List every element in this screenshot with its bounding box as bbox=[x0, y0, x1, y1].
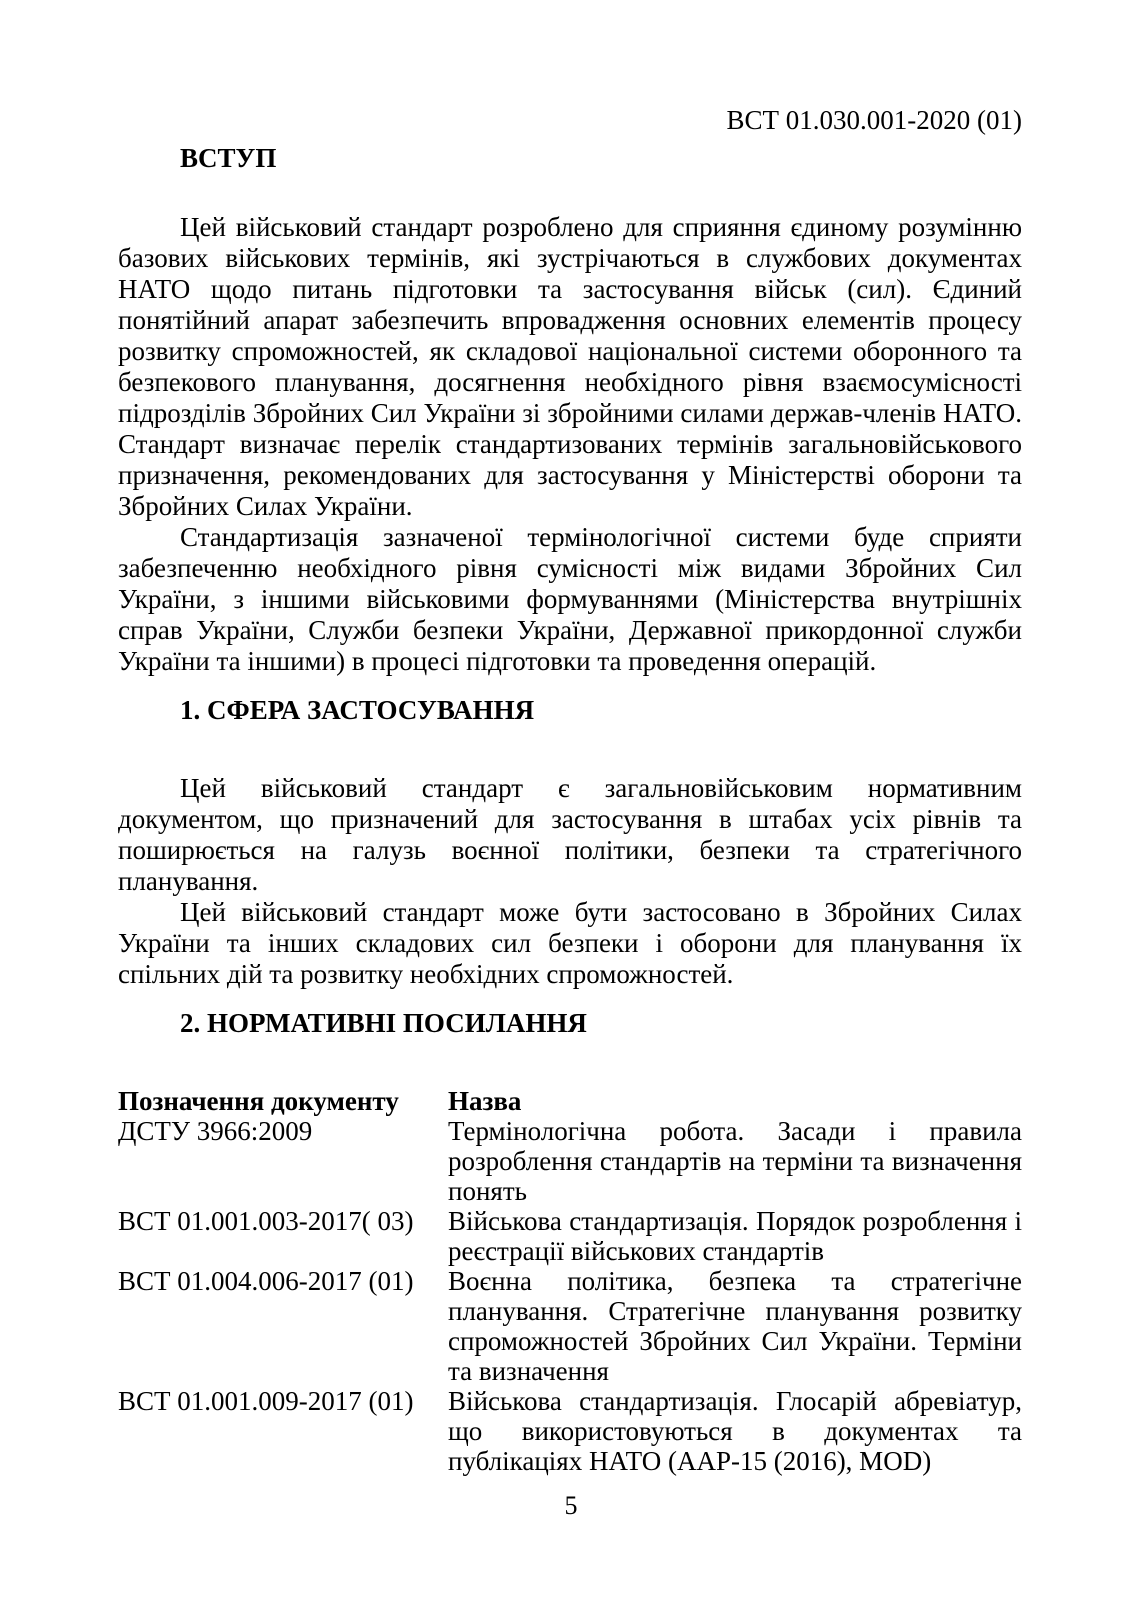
column-header-name: Назва bbox=[448, 1086, 1022, 1116]
intro-paragraph-2: Стандартизація зазначеної термінологічно… bbox=[118, 522, 1022, 677]
intro-paragraph-1: Цей військовий стандарт розроблено для с… bbox=[118, 212, 1022, 522]
document-designation: ВСТ 01.001.003-2017( 03) bbox=[118, 1206, 448, 1266]
table-row: ВСТ 01.001.009-2017 (01) Військова станд… bbox=[118, 1386, 1022, 1476]
document-reference-header: ВСТ 01.030.001-2020 (01) bbox=[118, 105, 1022, 136]
page-number: 5 bbox=[0, 1490, 1142, 1521]
references-table-header-row: Позначення документу Назва bbox=[118, 1086, 1022, 1116]
document-designation: ДСТУ 3966:2009 bbox=[118, 1116, 448, 1206]
table-row: ДСТУ 3966:2009 Термінологічна робота. За… bbox=[118, 1116, 1022, 1206]
document-name: Воєнна політика, безпека та стратегічне … bbox=[448, 1266, 1022, 1386]
document-name: Військова стандартизація. Глосарій абрев… bbox=[448, 1386, 1022, 1476]
table-row: ВСТ 01.001.003-2017( 03) Військова станд… bbox=[118, 1206, 1022, 1266]
scope-paragraph-2: Цей військовий стандарт може бути застос… bbox=[118, 897, 1022, 990]
references-table: Позначення документу Назва ДСТУ 3966:200… bbox=[118, 1086, 1022, 1476]
document-page: ВСТ 01.030.001-2020 (01) ВСТУП Цей війсь… bbox=[0, 0, 1142, 1615]
table-row: ВСТ 01.004.006-2017 (01) Воєнна політика… bbox=[118, 1266, 1022, 1386]
references-section-heading: 2. НОРМАТИВНІ ПОСИЛАННЯ bbox=[118, 1008, 1022, 1039]
column-header-designation: Позначення документу bbox=[118, 1086, 448, 1116]
scope-paragraph-1: Цей військовий стандарт є загальновійськ… bbox=[118, 773, 1022, 897]
intro-title: ВСТУП bbox=[118, 143, 1022, 174]
document-designation: ВСТ 01.004.006-2017 (01) bbox=[118, 1266, 448, 1386]
document-name: Військова стандартизація. Порядок розроб… bbox=[448, 1206, 1022, 1266]
document-designation: ВСТ 01.001.009-2017 (01) bbox=[118, 1386, 448, 1476]
document-name: Термінологічна робота. Засади і правила … bbox=[448, 1116, 1022, 1206]
scope-section-heading: 1. СФЕРА ЗАСТОСУВАННЯ bbox=[118, 695, 1022, 726]
